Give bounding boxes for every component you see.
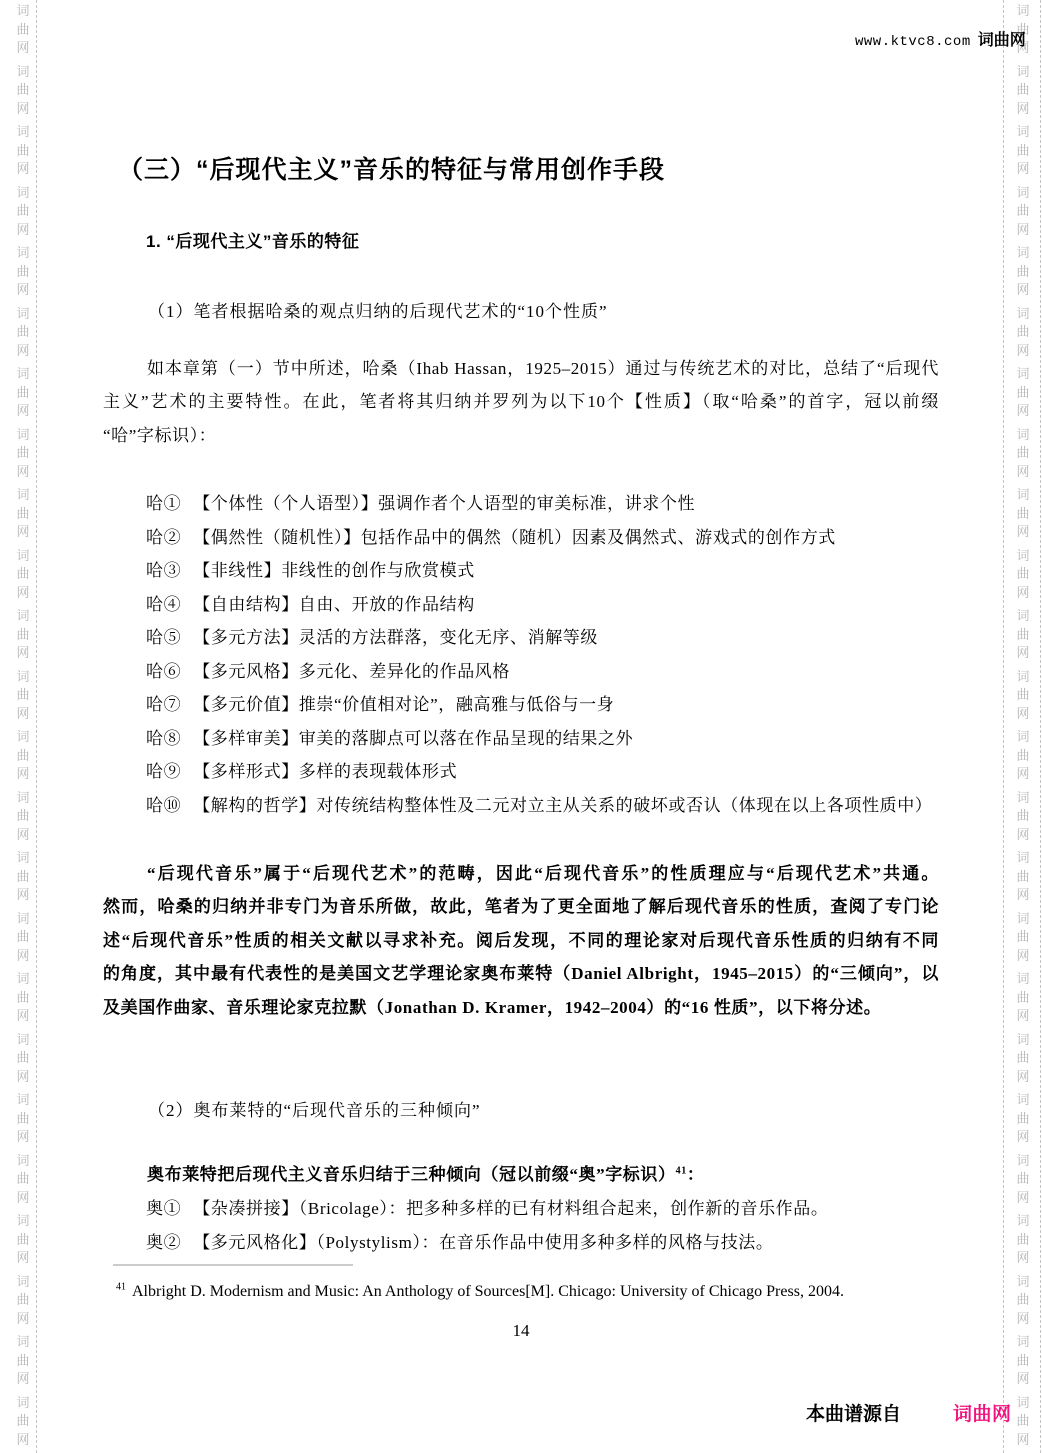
list-item-tag: 哈⑧ — [146, 722, 181, 756]
point2-heading: （2）奥布莱特的“后现代音乐的三种倾向” — [148, 1096, 481, 1121]
list-item-tag: 哈⑥ — [146, 655, 181, 689]
list-item-text: 【解构的哲学】对传统结构整体性及二元对立主从关系的破坏或否认（体现在以上各项性质… — [193, 789, 932, 823]
text-line: “哈”字标识）： — [103, 419, 939, 452]
list-item-tag: 奥① — [146, 1192, 181, 1226]
footnote-reference: 41 — [676, 1165, 687, 1176]
page-number: 14 — [0, 1321, 1042, 1341]
list-item-tag: 哈⑨ — [146, 755, 181, 789]
text-line: “后现代音乐”属于“后现代艺术”的范畴，因此“后现代音乐”的性质理应与“后现代艺… — [103, 857, 939, 890]
list-item-text: 【非线性】非线性的创作与欣赏模式 — [193, 554, 475, 588]
list-item: 哈⑧【多样审美】审美的落脚点可以落在作品呈现的结果之外 — [146, 722, 946, 756]
list-item-tag: 哈① — [146, 487, 181, 521]
credit-label: 本曲谱源自 — [806, 1399, 901, 1426]
footnote: 41Albright D. Modernism and Music: An An… — [116, 1283, 844, 1301]
paragraph-theorists: “后现代音乐”属于“后现代艺术”的范畴，因此“后现代音乐”的性质理应与“后现代艺… — [103, 857, 939, 1024]
list-item: 哈①【个体性（个人语型）】强调作者个人语型的审美标准，讲求个性 — [146, 487, 946, 521]
list-item: 哈④【自由结构】自由、开放的作品结构 — [146, 588, 946, 622]
list-item: 奥②【多元风格化】（Polystylism）：在音乐作品中使用多种多样的风格与技… — [146, 1226, 946, 1260]
list-item-text: 【自由结构】自由、开放的作品结构 — [193, 588, 475, 622]
list-item-text: 【多元价值】推崇“价值相对论”，融高雅与低俗与一身 — [193, 688, 614, 722]
dashed-margin-line-right-outer — [1040, 0, 1041, 1453]
text-line: 主义”艺术的主要特性。在此，笔者将其归纳并罗列为以下10个【性质】（取“哈桑”的… — [103, 385, 939, 418]
list-item-tag: 奥② — [146, 1226, 181, 1260]
dashed-margin-line-right-inner — [1003, 0, 1004, 1453]
list-item: 哈⑦【多元价值】推崇“价值相对论”，融高雅与低俗与一身 — [146, 688, 946, 722]
list-item-text: 【多样审美】审美的落脚点可以落在作品呈现的结果之外 — [193, 722, 633, 756]
list-item-tag: 哈④ — [146, 588, 181, 622]
albright-intro: 奥布莱特把后现代主义音乐归结于三种倾向（冠以前缀“奥”字标识）41： — [147, 1160, 704, 1185]
list-item: 哈⑨【多样形式】多样的表现载体形式 — [146, 755, 946, 789]
list-item: 奥①【杂凑拼接】（Bricolage）：把多种多样的已有材料组合起来，创作新的音… — [146, 1192, 946, 1226]
list-item-tag: 哈⑤ — [146, 621, 181, 655]
document-page: 词曲网词曲网词曲网词曲网词曲网词曲网词曲网词曲网词曲网词曲网词曲网词曲网词曲网词… — [0, 0, 1042, 1453]
paragraph-hassan: 如本章第（一）节中所述，哈桑（Ihab Hassan，1925–2015）通过与… — [103, 352, 939, 452]
ha-qualities-list: 哈①【个体性（个人语型）】强调作者个人语型的审美标准，讲求个性 哈②【偶然性（随… — [146, 487, 946, 822]
site-url: www.ktvc8.com — [855, 34, 971, 50]
list-item: 哈②【偶然性（随机性）】包括作品中的偶然（随机）因素及偶然式、游戏式的创作方式 — [146, 521, 946, 555]
list-item-text: 【偶然性（随机性）】包括作品中的偶然（随机）因素及偶然式、游戏式的创作方式 — [193, 521, 836, 555]
footnote-divider — [113, 1264, 353, 1266]
list-item-text: 【多元风格化】（Polystylism）：在音乐作品中使用多种多样的风格与技法。 — [193, 1226, 773, 1260]
list-item-tag: 哈⑩ — [146, 789, 181, 823]
footnote-text: Albright D. Modernism and Music: An Anth… — [132, 1283, 844, 1300]
footnote-marker: 41 — [116, 1282, 126, 1293]
list-item: 哈⑩【解构的哲学】对传统结构整体性及二元对立主从关系的破坏或否认（体现在以上各项… — [146, 789, 946, 823]
page-title: （三）“后现代主义”音乐的特征与常用创作手段 — [118, 150, 665, 186]
albright-intro-colon: ： — [687, 1165, 705, 1184]
list-item: 哈⑥【多元风格】多元化、差异化的作品风格 — [146, 655, 946, 689]
list-item-text: 【个体性（个人语型）】强调作者个人语型的审美标准，讲求个性 — [193, 487, 695, 521]
list-item-text: 【多元方法】灵活的方法群落，变化无序、消解等级 — [193, 621, 598, 655]
text-line: 及美国作曲家、音乐理论家克拉默（Jonathan D. Kramer，1942–… — [103, 991, 939, 1024]
site-brand: 词曲网 — [978, 32, 1026, 49]
albright-intro-text: 奥布莱特把后现代主义音乐归结于三种倾向（冠以前缀“奥”字标识） — [147, 1165, 676, 1184]
section-heading: 1. “后现代主义”音乐的特征 — [146, 227, 359, 252]
text-line: 的角度，其中最有代表性的是美国文艺学理论家奥布莱特（Daniel Albrigh… — [103, 957, 939, 990]
credit-brand: 词曲网 — [953, 1399, 1012, 1426]
watermark-column-left: 词曲网词曲网词曲网词曲网词曲网词曲网词曲网词曲网词曲网词曲网词曲网词曲网词曲网词… — [12, 2, 34, 1453]
point1-heading: （1）笔者根据哈桑的观点归纳的后现代艺术的“10个性质” — [148, 297, 608, 322]
list-item: 哈③【非线性】非线性的创作与欣赏模式 — [146, 554, 946, 588]
dashed-margin-line-left — [36, 0, 37, 1453]
watermark-column-right: 词曲网词曲网词曲网词曲网词曲网词曲网词曲网词曲网词曲网词曲网词曲网词曲网词曲网词… — [1012, 2, 1034, 1453]
list-item-tag: 哈⑦ — [146, 688, 181, 722]
text-line: 述“后现代音乐”性质的相关文献以寻求补充。阅后发现，不同的理论家对后现代音乐性质… — [103, 924, 939, 957]
ao-tendencies-list: 奥①【杂凑拼接】（Bricolage）：把多种多样的已有材料组合起来，创作新的音… — [146, 1192, 946, 1259]
text-line: 如本章第（一）节中所述，哈桑（Ihab Hassan，1925–2015）通过与… — [103, 352, 939, 385]
list-item-text: 【多样形式】多样的表现载体形式 — [193, 755, 457, 789]
list-item-tag: 哈② — [146, 521, 181, 555]
footer-credit: 本曲谱源自 词曲网 — [806, 1399, 1012, 1426]
site-header: www.ktvc8.com词曲网 — [855, 27, 1026, 50]
list-item-text: 【多元风格】多元化、差异化的作品风格 — [193, 655, 510, 689]
list-item-tag: 哈③ — [146, 554, 181, 588]
text-line: 然而，哈桑的归纳并非专门为音乐所做，故此，笔者为了更全面地了解后现代音乐的性质，… — [103, 890, 939, 923]
list-item-text: 【杂凑拼接】（Bricolage）：把多种多样的已有材料组合起来，创作新的音乐作… — [193, 1192, 828, 1226]
list-item: 哈⑤【多元方法】灵活的方法群落，变化无序、消解等级 — [146, 621, 946, 655]
